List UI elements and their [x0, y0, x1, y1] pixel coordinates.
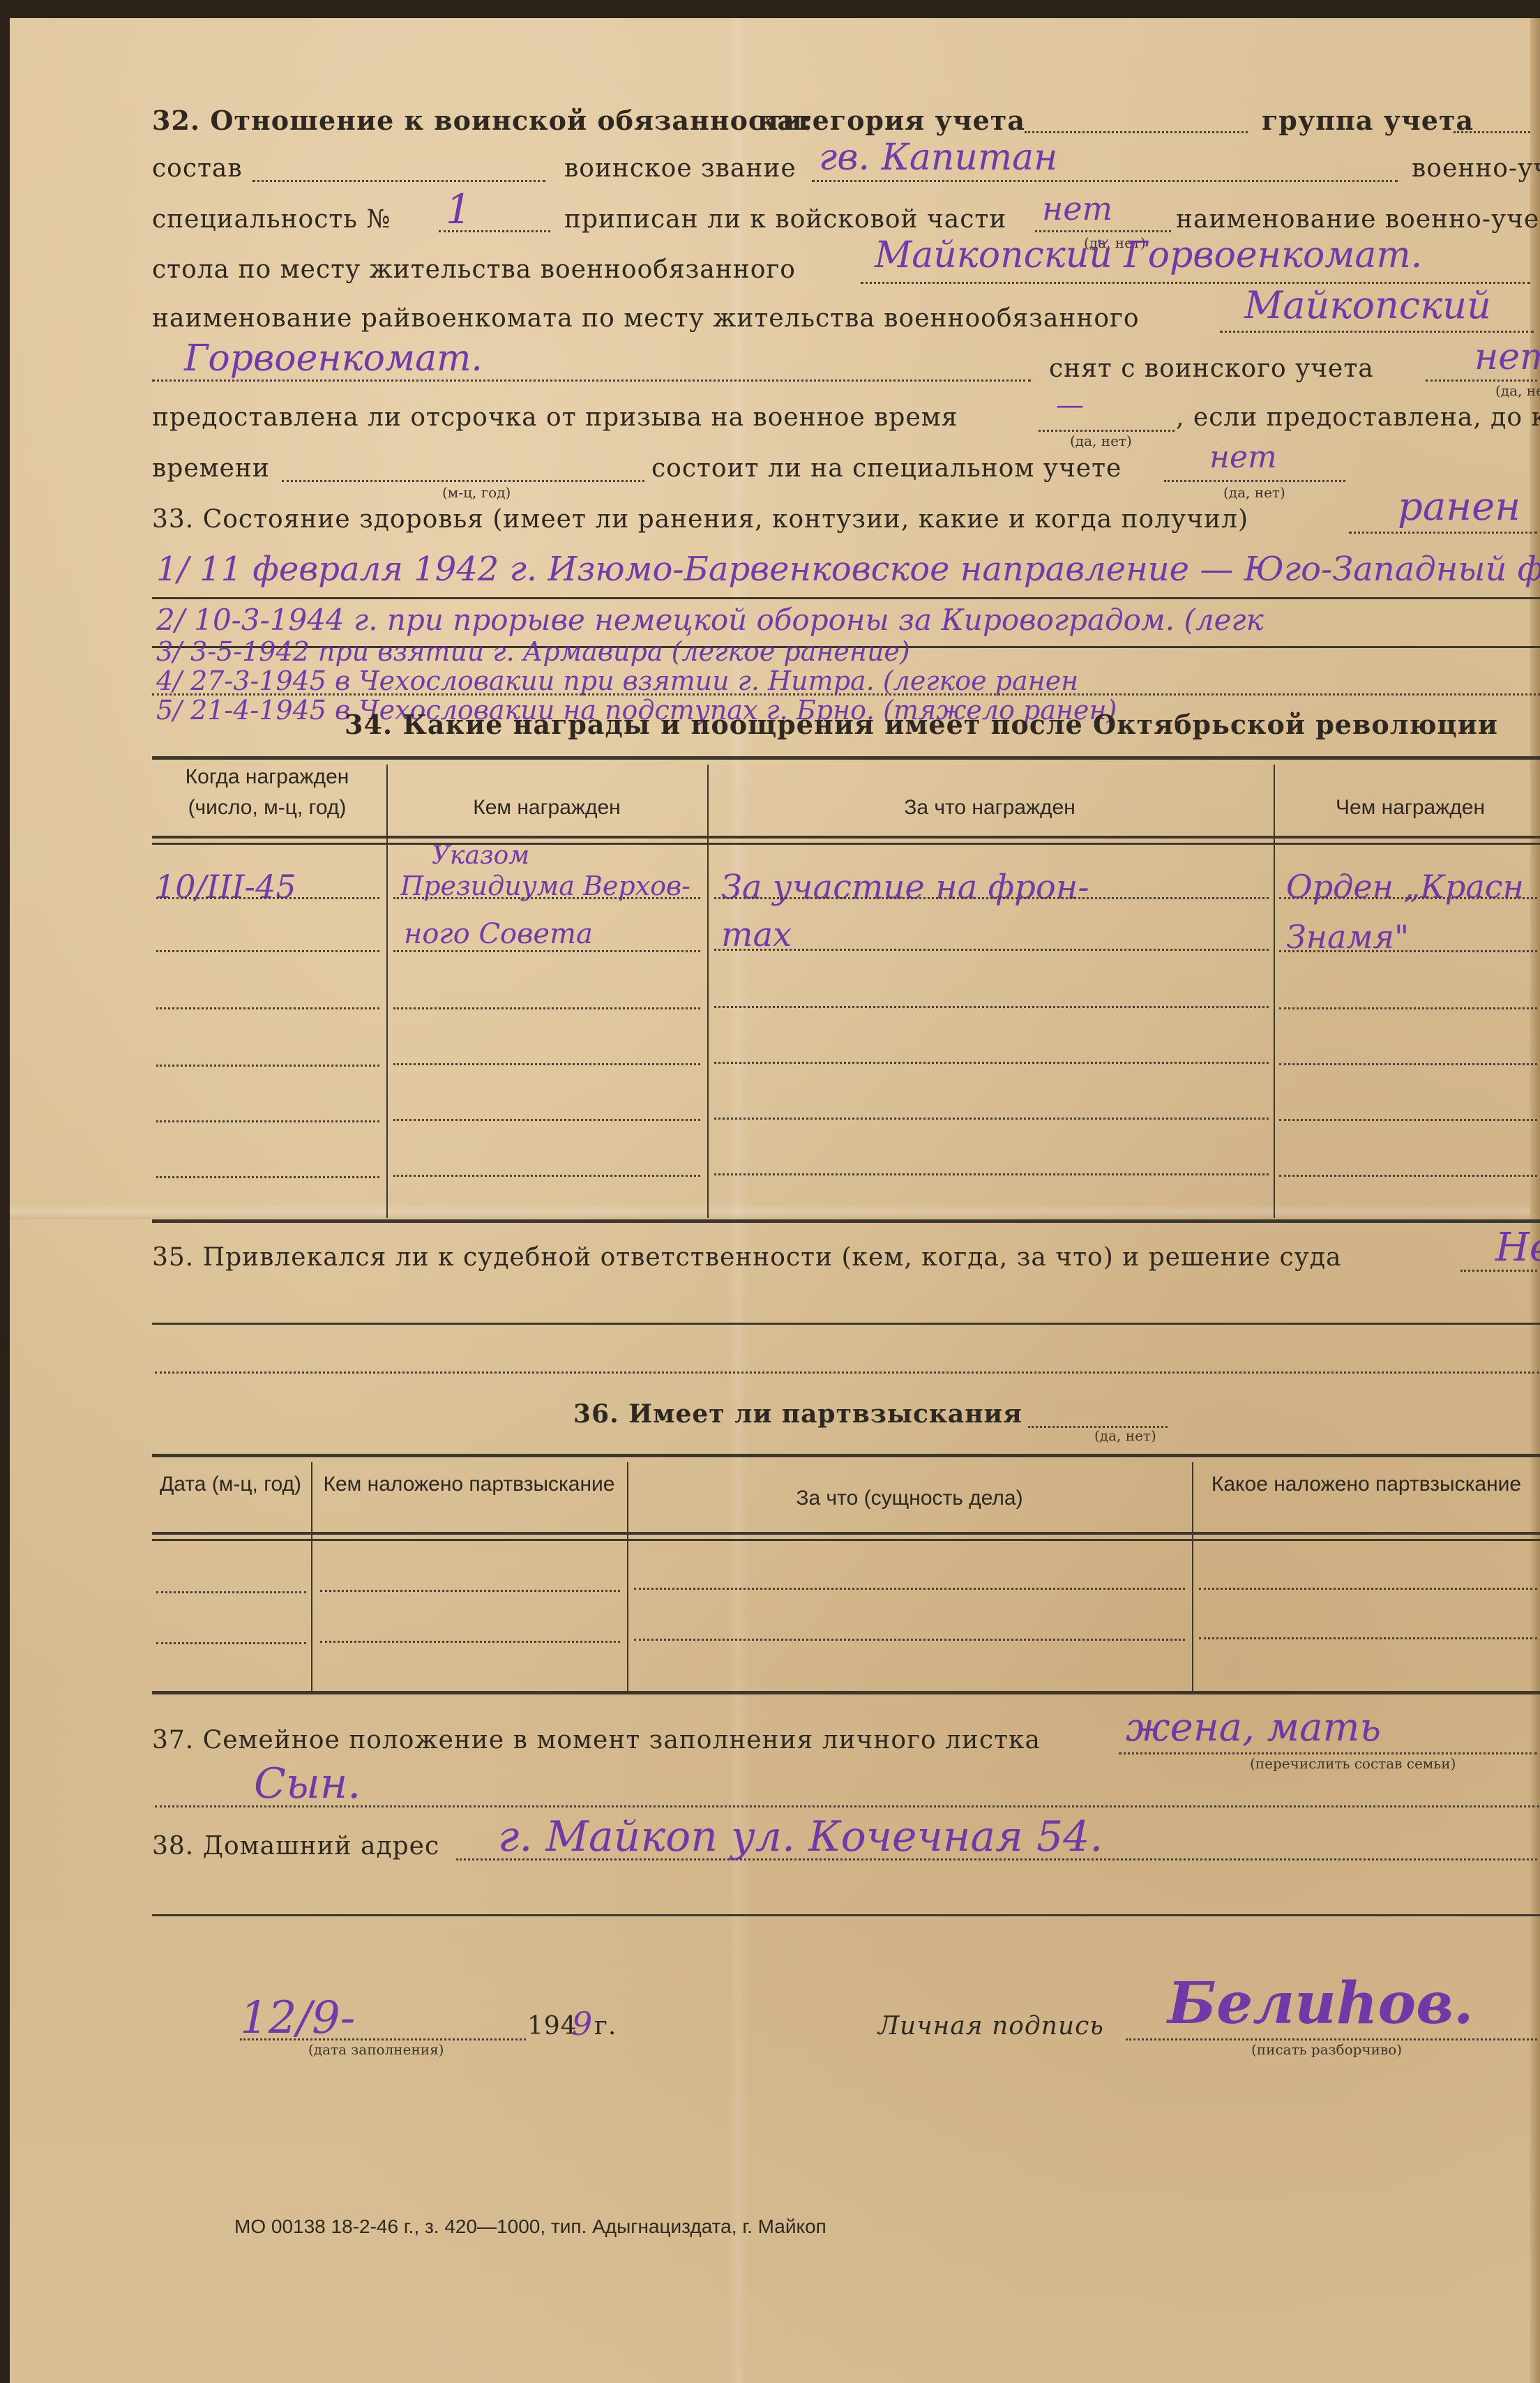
group-label: группа учета — [1262, 105, 1474, 136]
injury-4: 4/ 27-3-1945 в Чехословакии при взятии г… — [156, 666, 1078, 696]
awards-rule — [714, 949, 1269, 951]
awards-col-by-whom: Кем награжден — [390, 792, 704, 823]
rank-label: воинское звание — [564, 154, 797, 183]
awards-col-for-what: За что награжден — [711, 792, 1269, 823]
deferment-field — [1039, 430, 1175, 432]
award-name-1: Орден „Красн — [1286, 868, 1524, 905]
awards-rule — [714, 1062, 1269, 1064]
raivoenkomat-label: наименование райвоенкомата по месту жите… — [152, 304, 1140, 333]
award-date: 10/III-45 — [155, 868, 296, 905]
fill-year-prefix: 194 — [527, 2012, 577, 2040]
deferment-until-label: , если предоставлена, до ка — [1176, 403, 1540, 432]
party-col-penalty: Какое наложено партвзыскание — [1195, 1469, 1537, 1500]
party-penalty-hint: (да, нет) — [1094, 1427, 1156, 1444]
section36-title: 36. Имеет ли партвзыскания — [573, 1399, 1022, 1429]
party-rule — [634, 1588, 1185, 1590]
party-col-by-whom: Кем наложено партвзыскание — [314, 1469, 624, 1500]
health-field — [1349, 532, 1537, 534]
removed-label: снят с воинского учета — [1049, 354, 1374, 383]
awards-rule — [393, 1063, 700, 1065]
award-by-whom-3: ного Совета — [404, 918, 593, 950]
composition-label: состав — [152, 154, 243, 183]
awards-rule — [1279, 1175, 1537, 1177]
awards-rule — [714, 1118, 1269, 1120]
removed-value: нет — [1474, 336, 1540, 378]
paper-fold-horizontal — [10, 1204, 1540, 1219]
party-rule — [320, 1641, 620, 1643]
assigned-value: нет — [1042, 190, 1112, 227]
raivoenkomat-field-2 — [152, 379, 1031, 382]
party-rule — [320, 1590, 620, 1592]
special-field — [1164, 480, 1345, 482]
awards-rule — [714, 1006, 1269, 1008]
awards-rule — [156, 950, 379, 952]
awards-rule — [393, 1119, 700, 1121]
awards-rule — [1279, 950, 1537, 952]
section38-title: 38. Домашний адрес — [152, 1832, 439, 1860]
deferment-hint: (да, нет) — [1070, 433, 1132, 449]
awards-rule — [156, 1065, 379, 1067]
fill-date-hint: (дата заполнения) — [308, 2041, 444, 2058]
group-field — [1454, 131, 1530, 133]
section34-title: 34. Какие награды и поощрения имеет посл… — [345, 709, 1498, 740]
rank-value: гв. Капитан — [819, 137, 1057, 179]
time-field — [282, 480, 644, 482]
awards-col-award: Чем награжден — [1278, 792, 1540, 823]
rank-field — [812, 180, 1398, 182]
party-col-reason: За что (сущность дела) — [631, 1483, 1188, 1514]
fill-year-suffix: 9 — [572, 2005, 592, 2043]
party-col-divider-3 — [1192, 1462, 1193, 1692]
health-value-head: ранен — [1398, 484, 1520, 529]
assigned-label: приписан ли к войсковой части — [564, 205, 1006, 234]
fill-date-field — [240, 2038, 526, 2040]
awards-rule — [156, 1007, 379, 1009]
removed-hint: (да, нет) — [1495, 382, 1540, 399]
composition-field — [252, 180, 545, 182]
fill-date-value: 12/9- — [240, 1992, 355, 2044]
raivoenkomat-field — [1220, 331, 1534, 333]
family-value-2: Сын. — [254, 1759, 361, 1808]
specialty-label: специальность № — [152, 205, 391, 234]
party-rule — [634, 1639, 1185, 1641]
awards-rule — [714, 1173, 1269, 1175]
awards-rule — [1279, 897, 1537, 899]
family-hint: (перечислить состав семьи) — [1250, 1755, 1456, 1772]
injury-1: 1/ 11 февраля 1942 г. Изюмо-Барвенковско… — [156, 550, 1540, 589]
awards-rule — [1279, 1007, 1537, 1009]
awards-rule — [156, 1176, 379, 1178]
removed-field — [1426, 379, 1537, 382]
time-hint: (м-ц, год) — [442, 484, 511, 501]
party-rule — [1199, 1588, 1537, 1590]
deferment-value: — — [1056, 389, 1084, 421]
vus-label: военно-уч — [1412, 154, 1540, 183]
awards-col-divider-3 — [1274, 765, 1275, 1218]
raivoenkomat-value-2: Горвоенкомат. — [184, 338, 483, 379]
signature-value: Белиhов. — [1168, 1970, 1474, 2037]
section33-title: 33. Состояние здоровья (имеет ли ранения… — [152, 505, 1248, 534]
party-rule — [156, 1591, 306, 1593]
injury-3: 3/ 3-5-1942 при взятии г. Армавира (легк… — [156, 636, 910, 667]
awards-table-top — [152, 756, 1540, 760]
party-table-bottom — [152, 1691, 1540, 1694]
awards-rule — [156, 1120, 379, 1122]
awards-rule — [714, 897, 1269, 899]
paper-fold-vertical — [728, 18, 748, 2383]
desk-label: стола по месту жительства военнообязанно… — [152, 255, 796, 284]
fill-year-unit: г. — [594, 2012, 617, 2040]
awards-header-divider — [152, 836, 1540, 845]
section32-title: 32. Отношение к воинской обязанности: — [152, 105, 813, 136]
category-field — [1025, 131, 1248, 133]
awards-rule — [1279, 1119, 1537, 1121]
awards-col-date: Когда награжден (число, м-ц, год) — [152, 762, 382, 823]
award-for-what-1: За участие на фрон- — [721, 868, 1089, 907]
awards-rule — [393, 1007, 700, 1009]
awards-rule — [393, 1175, 700, 1177]
special-label: состоит ли на специальном учете — [651, 454, 1122, 483]
awards-col-divider-2 — [707, 765, 709, 1218]
awards-rule — [156, 897, 379, 899]
injury-2: 2/ 10-3-1944 г. при прорыве немецкой обо… — [156, 603, 1264, 637]
awards-rule — [393, 950, 700, 952]
special-value: нет — [1209, 439, 1277, 475]
family-field — [1119, 1752, 1537, 1754]
section37-title: 37. Семейное положение в момент заполнен… — [152, 1726, 1041, 1754]
specialty-value: 1 — [446, 186, 471, 233]
signature-hint: (писать разборчиво) — [1251, 2041, 1402, 2058]
awards-table-bottom — [152, 1219, 1540, 1223]
special-hint: (да, нет) — [1223, 484, 1285, 501]
court-value: Не — [1495, 1225, 1540, 1270]
document-page: 32. Отношение к воинской обязанности: ка… — [10, 18, 1540, 2383]
address-field-2 — [152, 1914, 1540, 1916]
court-line-2 — [152, 1323, 1540, 1325]
awards-col-divider-1 — [386, 765, 388, 1218]
awards-rule — [1279, 1063, 1537, 1065]
party-table-top — [152, 1454, 1540, 1457]
party-rule — [1199, 1637, 1537, 1639]
party-col-divider-1 — [311, 1462, 312, 1692]
award-by-whom-1: Указом — [432, 841, 529, 870]
desk-value: Майкопский Горвоенкомат. — [875, 234, 1422, 276]
assigned-field — [1035, 230, 1171, 232]
print-imprint: МО 00138 18-2-46 г., з. 420—1000, тип. А… — [234, 2216, 826, 2238]
raivoenkomat-value-1: Майкопский — [1244, 283, 1491, 327]
awards-rule — [393, 897, 700, 899]
injury-line-1 — [152, 597, 1540, 599]
deferment-label: предоставлена ли отсрочка от призыва на … — [152, 403, 958, 432]
section35-title: 35. Привлекался ли к судебной ответствен… — [152, 1243, 1341, 1272]
party-col-date: Дата (м-ц, год) — [152, 1469, 309, 1500]
family-value-1: жена, мать — [1126, 1705, 1381, 1750]
party-header-divider — [152, 1532, 1540, 1541]
signature-field — [1126, 2038, 1537, 2040]
party-col-divider-2 — [627, 1462, 628, 1692]
time-label: времени — [152, 454, 270, 483]
party-rule — [156, 1642, 306, 1644]
address-value: г. Майкоп ул. Кочечная 54. — [498, 1812, 1103, 1861]
category-label: категория учета — [757, 105, 1025, 136]
vus-name-label: наименование военно-учет — [1176, 205, 1540, 234]
family-field-2 — [155, 1805, 1539, 1807]
court-line-3 — [155, 1371, 1539, 1374]
signature-label: Личная подпись — [878, 2012, 1104, 2040]
